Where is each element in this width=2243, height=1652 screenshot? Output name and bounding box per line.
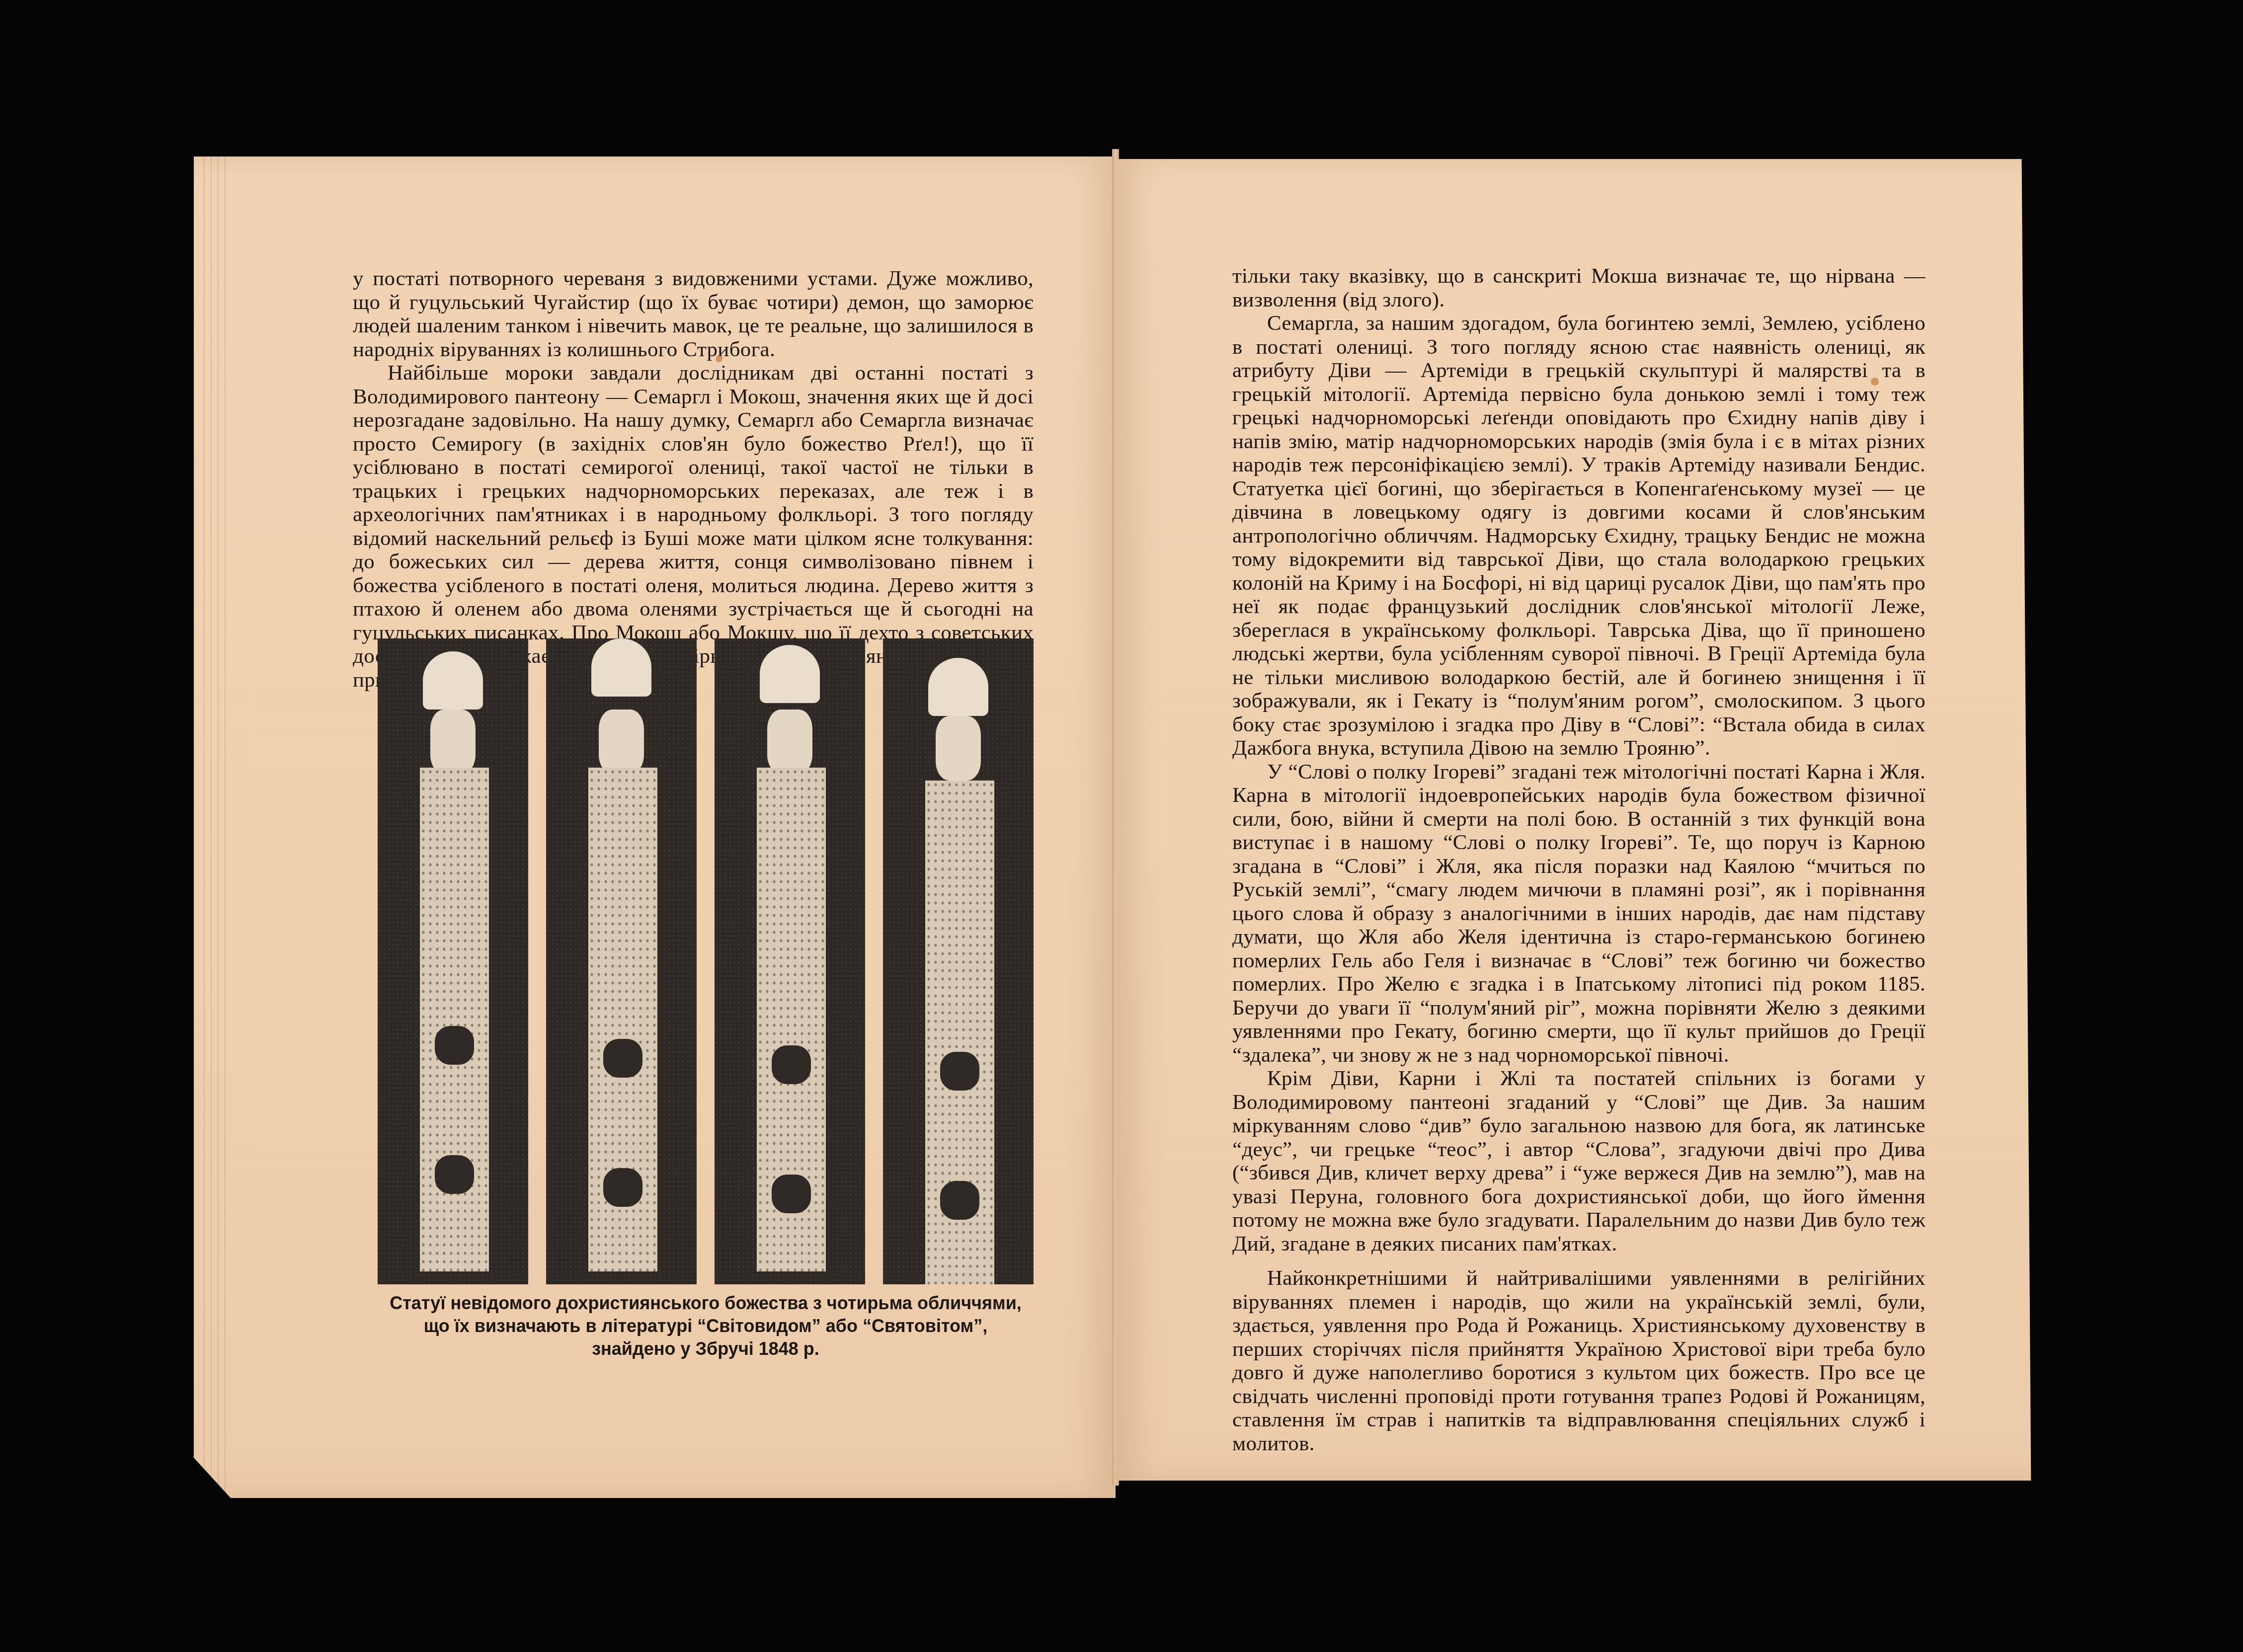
caption-line: Статуї невідомого дохристиянського божес… xyxy=(358,1292,1053,1315)
left-page: у постаті потворного череваня з видовжен… xyxy=(194,157,1116,1498)
statues-photo xyxy=(373,638,1039,1284)
paragraph: Семаргла, за нашим здогадом, була богинт… xyxy=(1232,312,1925,760)
paragraph: Найконкретнішими й найтривалішими уявлен… xyxy=(1232,1266,1925,1455)
figure-caption: Статуї невідомого дохристиянського божес… xyxy=(358,1292,1053,1360)
left-page-text: у постаті потворного череваня з видовжен… xyxy=(353,267,1034,692)
statue-image xyxy=(883,638,1034,1284)
caption-line: що їх визначають в літературі “Світовидо… xyxy=(358,1315,1053,1337)
paragraph: У “Слові о полку Ігореві” згадані теж мі… xyxy=(1232,760,1925,1067)
paragraph: тільки таку вказівку, що в санскриті Мок… xyxy=(1232,264,1925,312)
right-page-text: тільки таку вказівку, що в санскриті Мок… xyxy=(1232,264,1925,1455)
paper-stain xyxy=(716,355,722,362)
right-page: тільки таку вказівку, що в санскриті Мок… xyxy=(1116,159,2050,1481)
paper-stain xyxy=(1871,378,1879,386)
paragraph: у постаті потворного череваня з видовжен… xyxy=(353,267,1034,361)
caption-line: знайдено у Збручі 1848 р. xyxy=(358,1337,1053,1360)
statue-image xyxy=(378,638,528,1284)
statue-image xyxy=(546,638,697,1284)
paragraph: Крім Діви, Карни і Жлі та постатей спіль… xyxy=(1232,1067,1925,1256)
statue-image xyxy=(715,638,865,1284)
